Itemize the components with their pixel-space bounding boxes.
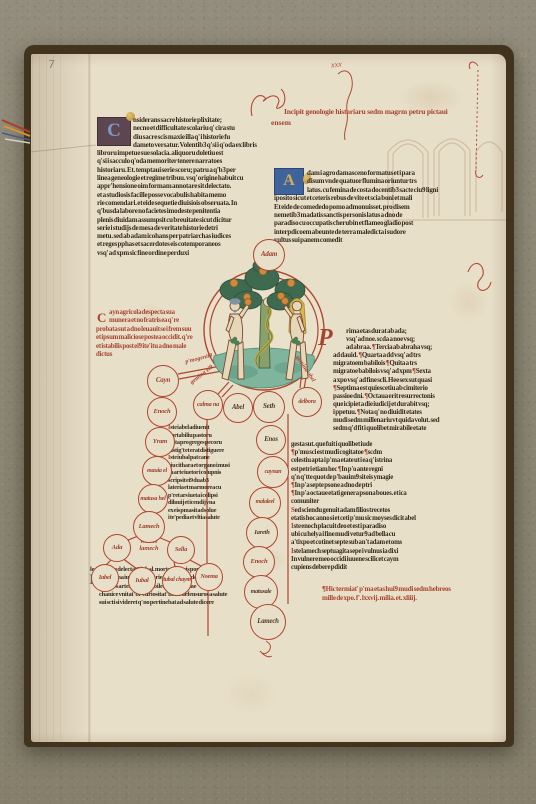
pencil-folio-number: 7 <box>48 58 56 71</box>
roundel-enos: Enos <box>256 425 286 455</box>
roundel-iareth: Iareth <box>246 517 278 549</box>
roundel-iabel: Iabel <box>91 564 119 592</box>
roundel-ada: Ada <box>103 534 131 562</box>
roundel-matusahel: matusa hel <box>138 484 168 514</box>
generations-text-block: gesta sut. que fuit i quolibet iude¶p'mu… <box>291 441 503 572</box>
roundel-lamech-seth: Lamech <box>250 604 286 640</box>
first-age-colophon: ¶Hic termiat' p'ma etas hui9 mudi sedm h… <box>322 585 502 603</box>
roundel-yram: Yram <box>145 427 175 457</box>
prologue-text-block: nsiderans sacre historie plixitate;necno… <box>97 116 271 257</box>
roundel-lamech-cain: Lamech <box>133 511 165 543</box>
six-ages-text-block: rima etas durat ab ada;vsq' ad noe. scda… <box>333 328 503 433</box>
rubric-title-line1: Incipit genologie historiaru sedm magrm … <box>284 107 504 116</box>
roundel-adam: Adam <box>253 239 285 271</box>
roundel-caynan: caynan <box>257 456 289 488</box>
roundel-enoch-seth: Enoch <box>243 546 275 578</box>
roundel-abel: Abel <box>223 393 253 423</box>
roundel-delbora: delbora <box>292 387 322 417</box>
photograph-of-manuscript: { "manuscript": { "folio_pencil": "7", "… <box>0 0 536 804</box>
roundel-sella: Sella <box>167 536 195 564</box>
roundel-malaleel: malaleel <box>249 487 281 519</box>
red-initial-P: P <box>318 325 333 352</box>
roundel-iubal: Iubal <box>128 567 156 595</box>
corner-folio-mark: 52 <box>520 52 528 59</box>
cain-red-note: ayn agricola despecta suamunera et no fr… <box>96 309 212 359</box>
roundel-mauiael: mauia el <box>142 456 172 486</box>
roundel-enoch-cain: Enoch <box>147 397 177 427</box>
roundel-noema: Noema <box>195 563 223 591</box>
rubric-title-line2: ensem <box>271 118 291 127</box>
red-penwork-mark: xxx <box>331 59 343 69</box>
roundel-seth: Seth <box>253 391 285 423</box>
jabel-jubal-note: Iste iabel adiuenitportabiliu pastorutec… <box>168 424 254 522</box>
page-stack-edges <box>32 56 62 740</box>
roundel-calmana: calma na <box>193 390 223 420</box>
roundel-cayn: Cayn <box>147 365 179 397</box>
adam-intro-text-block: dam i agro damasceno formatus et i parad… <box>274 169 504 245</box>
roundel-tubalchaym: tubal chaym <box>162 566 192 596</box>
